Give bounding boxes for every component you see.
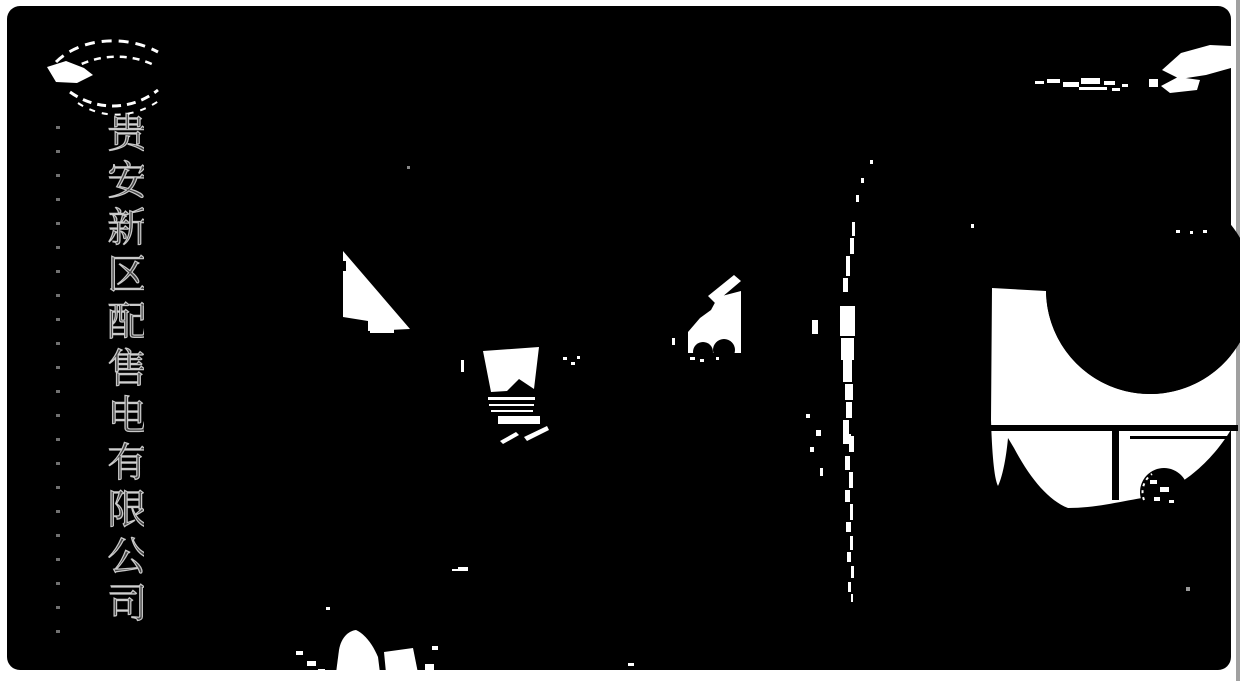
- photo-scene-svg: [0, 0, 1240, 681]
- binarized-photo: 贵安新区配售电有限公司: [0, 0, 1240, 681]
- small-caption-column: [56, 126, 60, 642]
- railing-post: [1112, 428, 1119, 500]
- company-sign-vertical-text: 贵安新区配售电有限公司: [90, 112, 144, 660]
- gauge-dial: [1140, 468, 1188, 516]
